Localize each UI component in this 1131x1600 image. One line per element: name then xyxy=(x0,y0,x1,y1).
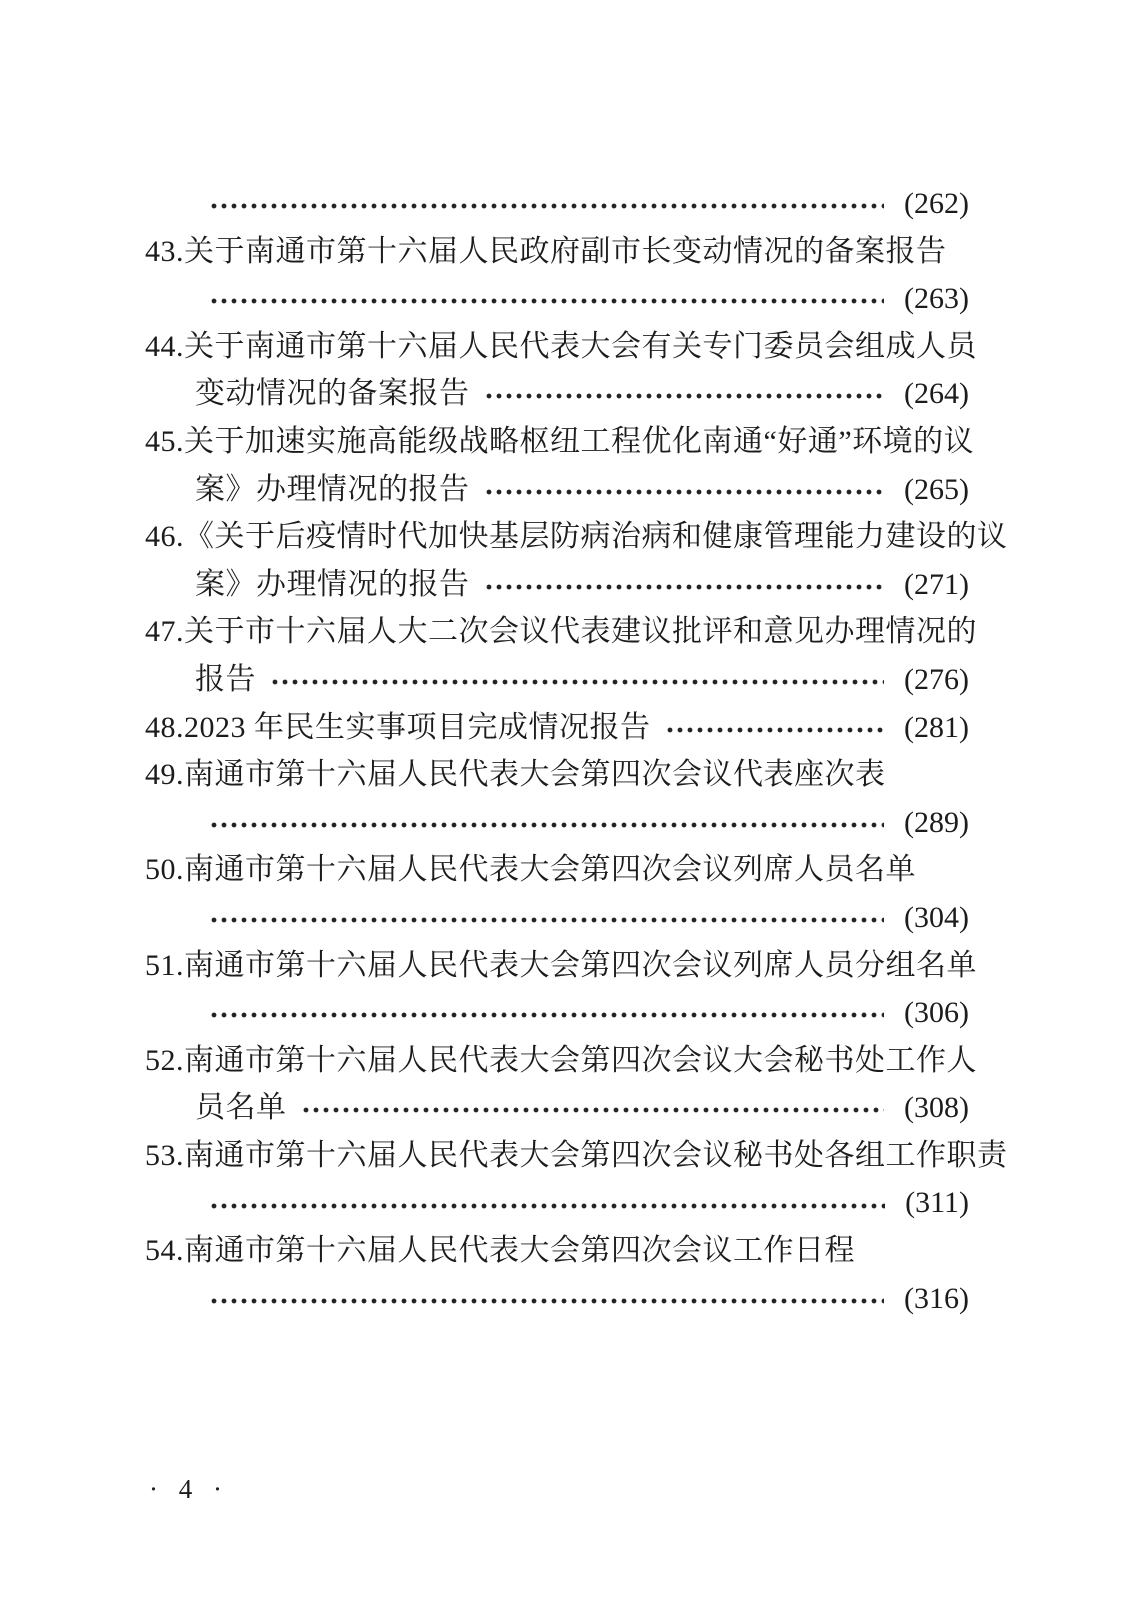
toc-entry-text: 45.关于加速实施高能级战略枢纽工程优化南通“好通”环境的议 xyxy=(145,418,974,466)
toc-row: 员名单 (308) xyxy=(145,1084,1017,1132)
toc-row: 变动情况的备案报告 (264) xyxy=(145,370,1017,418)
toc-entry-text: 54.南通市第十六届人民代表大会第四次会议工作日程 xyxy=(145,1227,855,1275)
toc-page-number: (265) xyxy=(904,466,969,514)
toc-entry-text: 47.关于市十六届人大二次会议代表建议批评和意见办理情况的 xyxy=(145,608,977,656)
toc-row: 44.关于南通市第十六届人民代表大会有关专门委员会组成人员 xyxy=(145,323,1017,371)
dotted-leader xyxy=(484,561,885,609)
dotted-leader xyxy=(301,1084,885,1132)
dotted-leader xyxy=(209,989,884,1037)
dotted-leader xyxy=(484,370,885,418)
toc-row: 49.南通市第十六届人民代表大会第四次会议代表座次表 xyxy=(145,751,1017,799)
toc-entry-text: 报告 xyxy=(195,656,256,704)
toc-page-number: (308) xyxy=(904,1084,969,1132)
toc-row: (316) xyxy=(145,1275,1017,1323)
toc-row: 报告 (276) xyxy=(145,656,1017,704)
toc-row: 48.2023 年民生实事项目完成情况报告 (281) xyxy=(145,704,1017,752)
toc-row: (263) xyxy=(145,275,1017,323)
toc-row: 50.南通市第十六届人民代表大会第四次会议列席人员名单 xyxy=(145,846,1017,894)
toc-page-number: (281) xyxy=(904,704,969,752)
toc-entry-text: 49.南通市第十六届人民代表大会第四次会议代表座次表 xyxy=(145,751,886,799)
toc-row: 51.南通市第十六届人民代表大会第四次会议列席人员分组名单 xyxy=(145,942,1017,990)
toc-row: 45.关于加速实施高能级战略枢纽工程优化南通“好通”环境的议 xyxy=(145,418,1017,466)
toc-row: (311) xyxy=(145,1179,1017,1227)
toc-entry-text: 51.南通市第十六届人民代表大会第四次会议列席人员分组名单 xyxy=(145,942,977,990)
dotted-leader xyxy=(209,799,884,847)
dotted-leader xyxy=(209,894,884,942)
dotted-leader xyxy=(209,275,884,323)
toc-entry-text: 44.关于南通市第十六届人民代表大会有关专门委员会组成人员 xyxy=(145,323,977,371)
dotted-leader xyxy=(209,1275,884,1323)
toc-entry-text: 案》办理情况的报告 xyxy=(195,466,470,514)
toc-row: (306) xyxy=(145,989,1017,1037)
dotted-leader xyxy=(209,180,884,228)
dotted-leader xyxy=(665,704,885,752)
toc-row: 案》办理情况的报告 (271) xyxy=(145,561,1017,609)
toc-entry-text: 53.南通市第十六届人民代表大会第四次会议秘书处各组工作职责 xyxy=(145,1132,1008,1180)
toc-row: 54.南通市第十六届人民代表大会第四次会议工作日程 xyxy=(145,1227,1017,1275)
toc-row: 52.南通市第十六届人民代表大会第四次会议大会秘书处工作人 xyxy=(145,1037,1017,1085)
toc-row: (262) xyxy=(145,180,1017,228)
toc-page-number: (289) xyxy=(904,799,969,847)
dotted-leader xyxy=(484,466,885,514)
toc-entry-text: 50.南通市第十六届人民代表大会第四次会议列席人员名单 xyxy=(145,846,916,894)
toc-entry-text: 52.南通市第十六届人民代表大会第四次会议大会秘书处工作人 xyxy=(145,1037,977,1085)
toc-page-number: (304) xyxy=(904,894,969,942)
toc-entry-text: 48.2023 年民生实事项目完成情况报告 xyxy=(145,704,651,752)
toc-entry-text: 员名单 xyxy=(195,1084,287,1132)
toc-entry-text: 案》办理情况的报告 xyxy=(195,561,470,609)
toc-row: 53.南通市第十六届人民代表大会第四次会议秘书处各组工作职责 xyxy=(145,1132,1017,1180)
toc-page-number: (316) xyxy=(904,1275,969,1323)
toc-row: 案》办理情况的报告 (265) xyxy=(145,466,1017,514)
toc-row: 47.关于市十六届人大二次会议代表建议批评和意见办理情况的 xyxy=(145,608,1017,656)
toc-page-number: (264) xyxy=(904,370,969,418)
toc-page-number: (311) xyxy=(905,1179,969,1227)
page-number-footer: · 4 · xyxy=(149,1474,229,1505)
table-of-contents: (262) 43.关于南通市第十六届人民政府副市长变动情况的备案报告 (263)… xyxy=(145,180,1017,1322)
toc-page-number: (306) xyxy=(904,989,969,1037)
document-page: (262) 43.关于南通市第十六届人民政府副市长变动情况的备案报告 (263)… xyxy=(0,0,1131,1600)
toc-page-number: (262) xyxy=(904,180,969,228)
toc-row: 46.《关于后疫情时代加快基层防病治病和健康管理能力建设的议 xyxy=(145,513,1017,561)
dotted-leader xyxy=(270,656,884,704)
toc-entry-text: 43.关于南通市第十六届人民政府副市长变动情况的备案报告 xyxy=(145,228,947,276)
toc-page-number: (263) xyxy=(904,275,969,323)
toc-page-number: (276) xyxy=(904,656,969,704)
toc-entry-text: 46.《关于后疫情时代加快基层防病治病和健康管理能力建设的议 xyxy=(145,513,1008,561)
toc-row: 43.关于南通市第十六届人民政府副市长变动情况的备案报告 xyxy=(145,228,1017,276)
toc-entry-text: 变动情况的备案报告 xyxy=(195,370,470,418)
toc-row: (289) xyxy=(145,799,1017,847)
toc-row: (304) xyxy=(145,894,1017,942)
toc-page-number: (271) xyxy=(904,561,969,609)
dotted-leader xyxy=(209,1179,885,1227)
